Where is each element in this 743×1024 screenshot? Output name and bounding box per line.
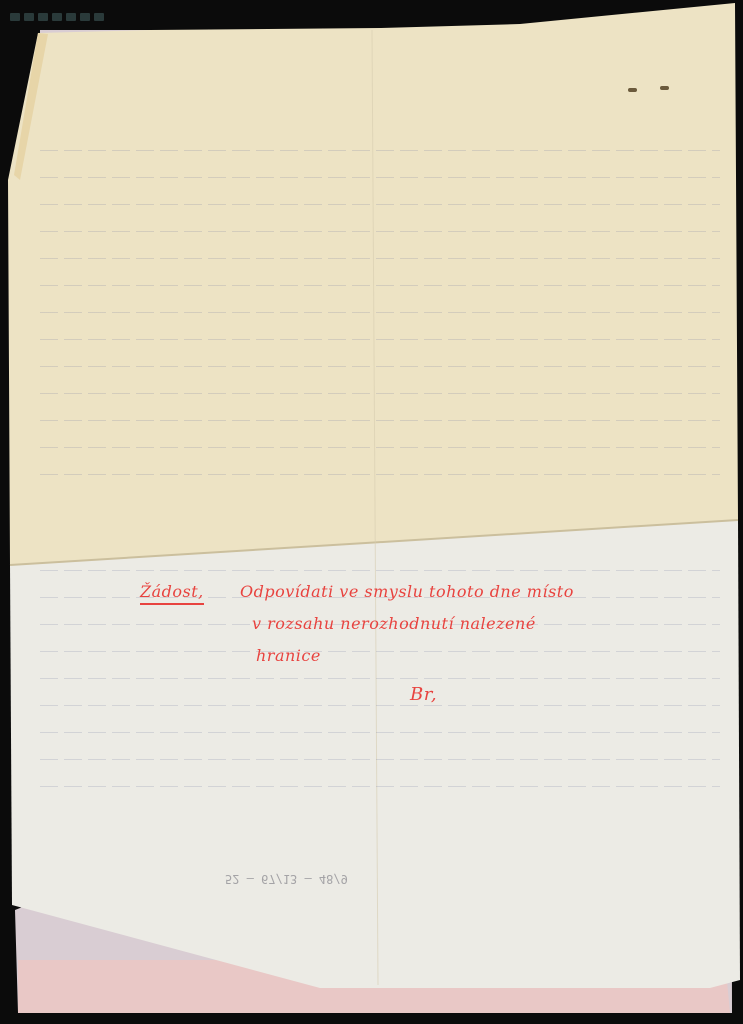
staple-hole-left xyxy=(628,88,637,92)
staple-hole-right xyxy=(660,86,669,90)
show-through-text-lower xyxy=(40,570,720,813)
annotation-label: Žádost, xyxy=(140,582,204,601)
annotation-line-1: Odpovídati ve smyslu tohoto dne místo xyxy=(240,582,574,601)
annotation-line-2: v rozsahu nerozhodnutí nalezené xyxy=(252,614,536,633)
archival-mark: 52 – 67/13 – 48/9 xyxy=(225,872,348,886)
show-through-text-upper xyxy=(40,150,720,501)
scan-stage: Žádost, Odpovídati ve smyslu tohoto dne … xyxy=(0,0,743,1024)
annotation-line-3: hranice xyxy=(256,646,321,665)
annotation-signature: Br, xyxy=(410,684,437,705)
